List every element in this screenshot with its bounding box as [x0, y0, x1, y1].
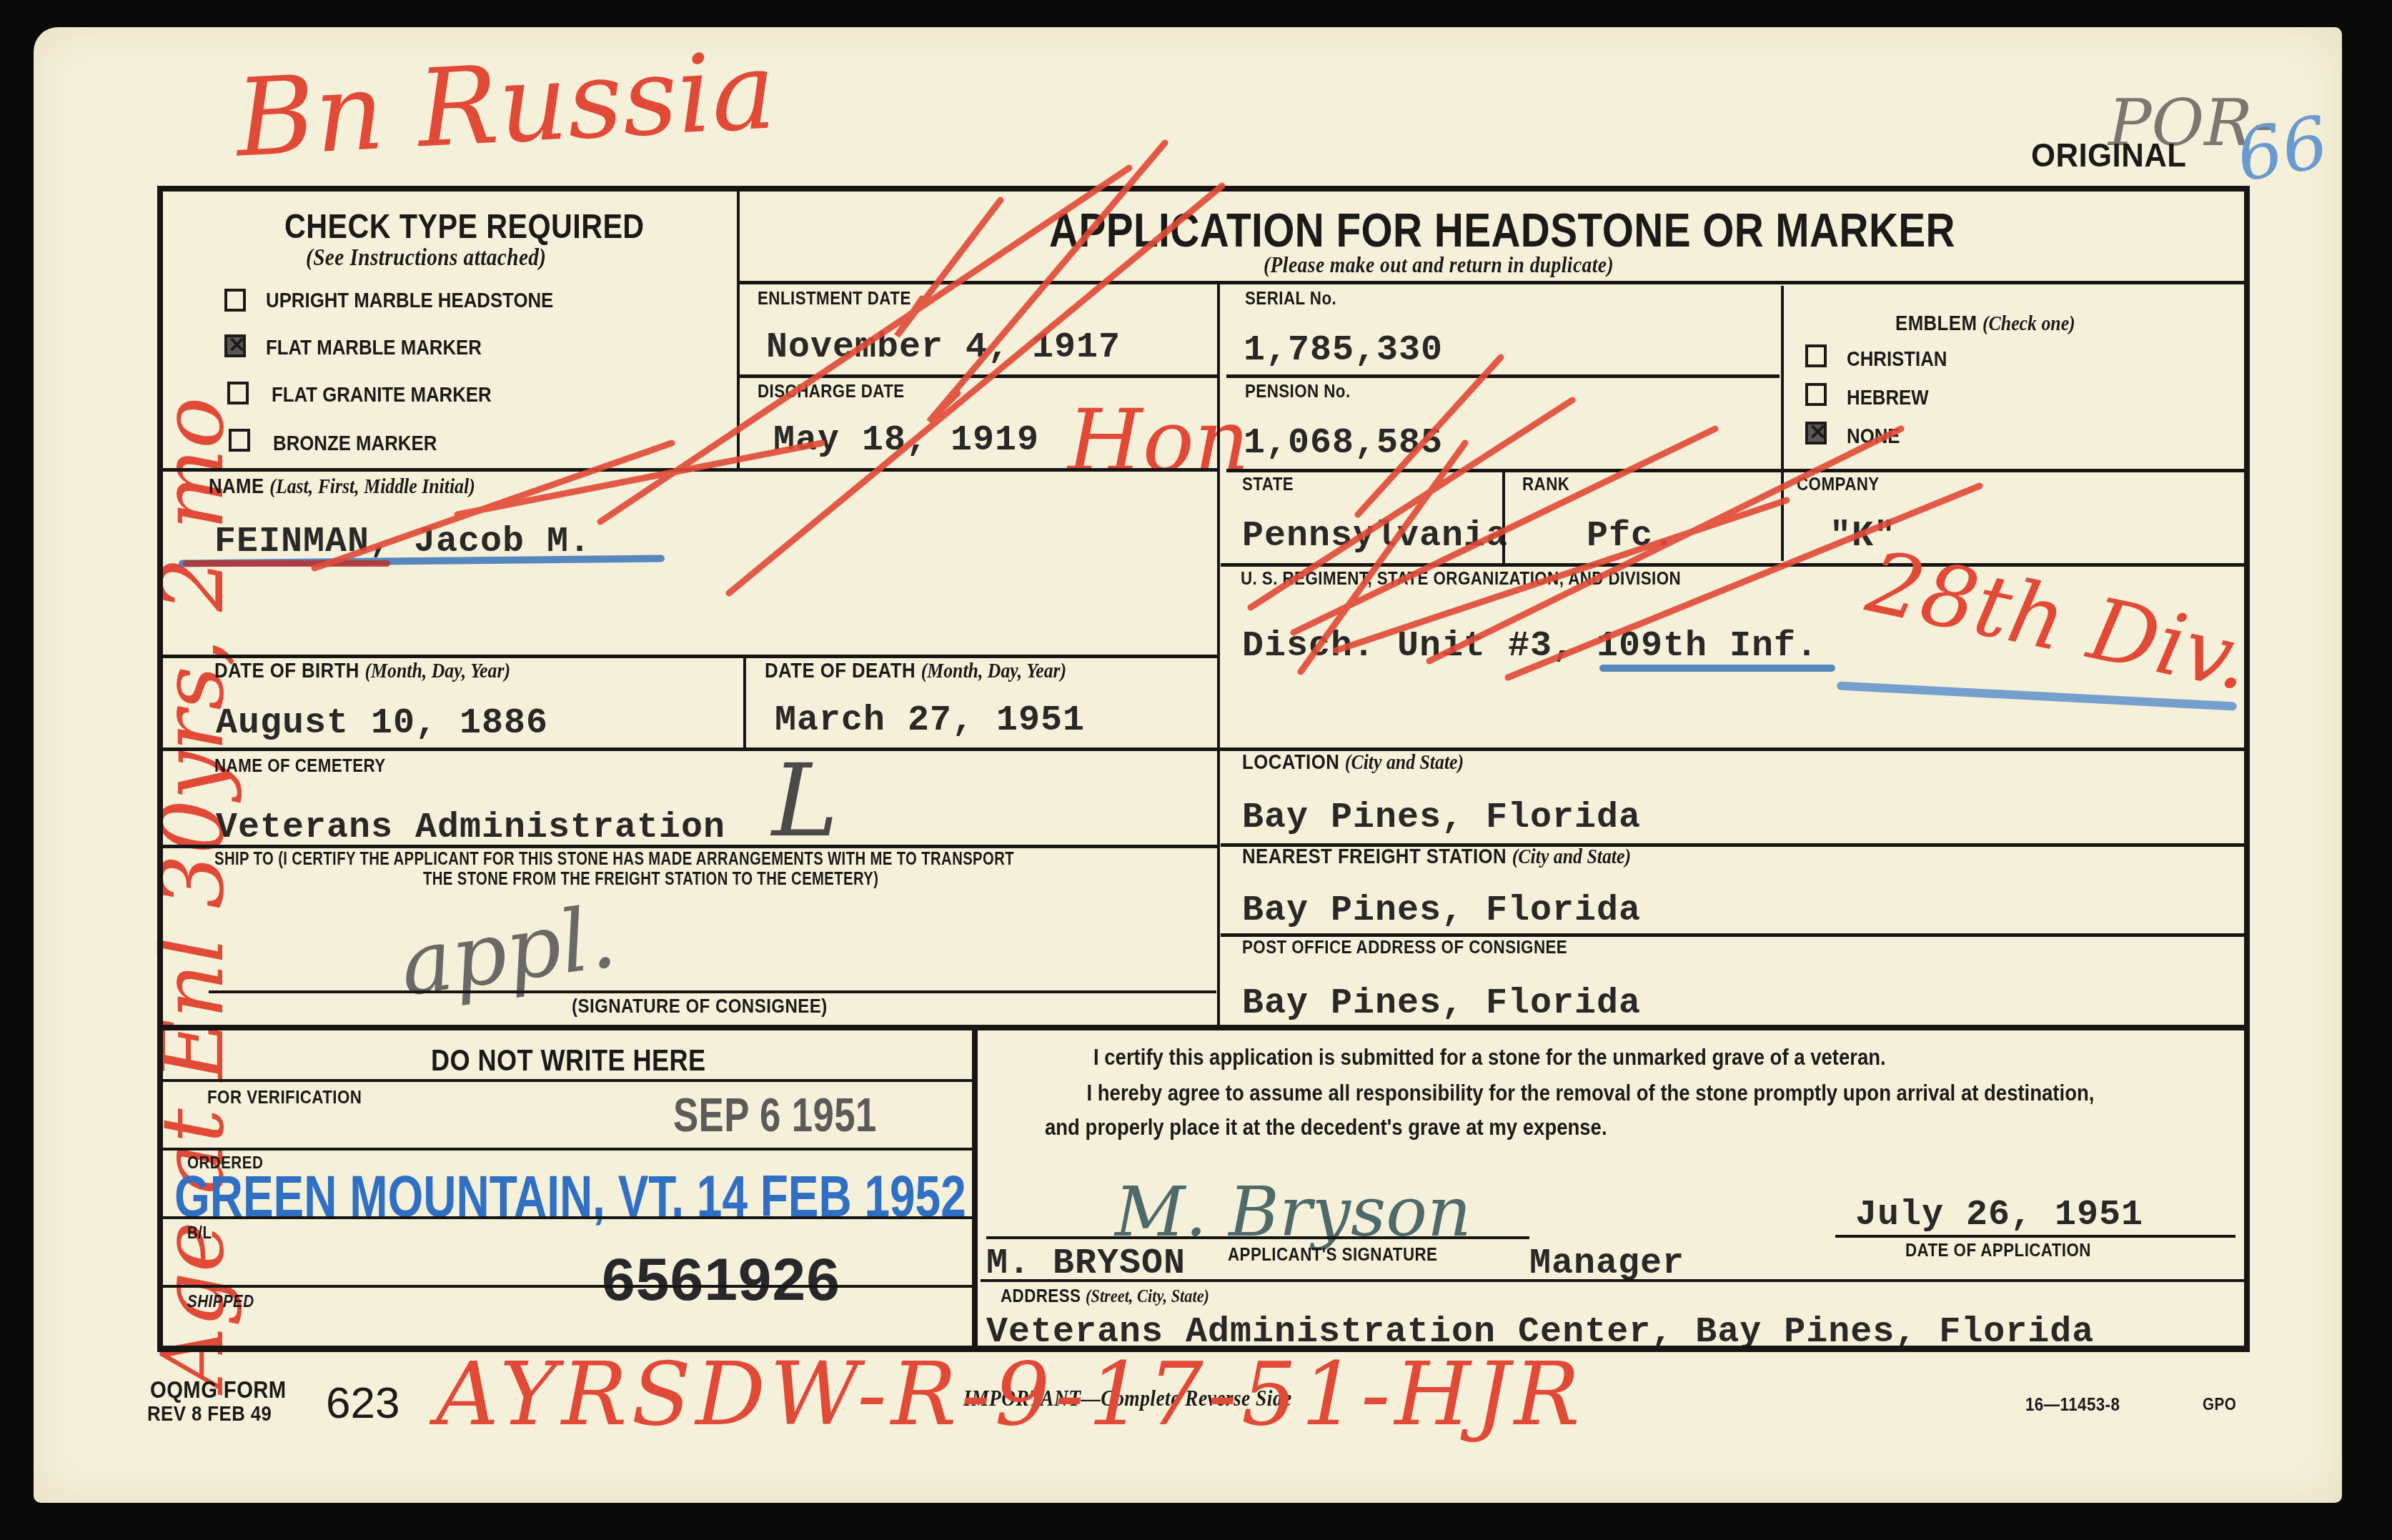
red-check-arrows: [0, 0, 2392, 1540]
